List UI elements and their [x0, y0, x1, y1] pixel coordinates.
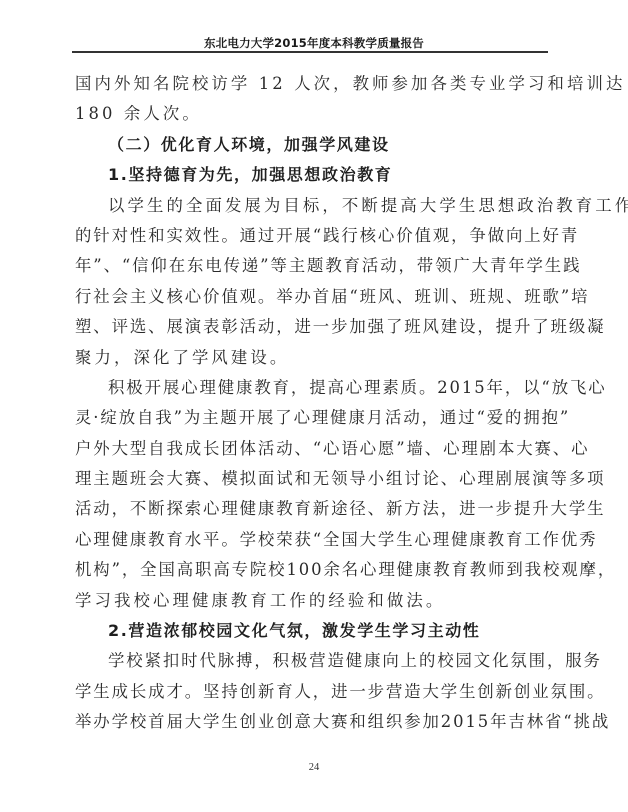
body-line: 户外大型自我成长团体活动、“心语心愿”墙、心理剧本大赛、心 [75, 434, 547, 464]
body-line: 机构”，全国高职高专院校100余名心理健康教育教师到我校观摩， [75, 555, 547, 585]
body-line: 学习我校心理健康教育工作的经验和做法。 [75, 586, 547, 616]
body-line: 年”、“信仰在东电传递”等主题教育活动，带领广大青年学生践 [75, 251, 547, 281]
body-line: 心理健康教育水平。学校荣获“全国大学生心理健康教育工作优秀 [75, 525, 547, 555]
body-line: 的针对性和实效性。通过开展“践行核心价值观，争做向上好青 [75, 221, 547, 251]
section-heading: （二）优化育人环境，加强学风建设 [75, 130, 547, 160]
body-line: 活动，不断探索心理健康教育新途径、新方法，进一步提升大学生 [75, 494, 547, 524]
body-line: 以学生的全面发展为目标，不断提高大学生思想政治教育工作 [75, 191, 547, 221]
body-line: 行社会主义核心价值观。举办首届“班风、班训、班规、班歌”培 [75, 282, 547, 312]
body-line: 国内外知名院校访学 12 人次，教师参加各类专业学习和培训达 [75, 69, 547, 99]
document-body: 国内外知名院校访学 12 人次，教师参加各类专业学习和培训达 180 余人次。 … [75, 69, 547, 738]
body-line: 学校紧扣时代脉搏，积极营造健康向上的校园文化氛围，服务 [75, 646, 547, 676]
subsection-heading: 1.坚持德育为先，加强思想政治教育 [75, 160, 547, 190]
body-line: 聚力，深化了学风建设。 [75, 343, 547, 373]
subsection-heading: 2.营造浓郁校园文化气氛，激发学生学习主动性 [75, 616, 547, 646]
body-line: 理主题班会大赛、模拟面试和无领导小组讨论、心理剧展演等多项 [75, 464, 547, 494]
body-line: 举办学校首届大学生创业创意大赛和组织参加2015年吉林省“挑战 [75, 707, 547, 737]
body-line: 灵·绽放自我”为主题开展了心理健康月活动，通过“爱的拥抱” [75, 403, 547, 433]
body-line: 学生成长成才。坚持创新育人，进一步营造大学生创新创业氛围。 [75, 677, 547, 707]
body-line: 积极开展心理健康教育，提高心理素质。2015年，以“放飞心 [75, 373, 547, 403]
header-divider [72, 51, 548, 53]
running-header-title: 东北电力大学2015年度本科教学质量报告 [0, 35, 628, 51]
page-number: 24 [0, 762, 628, 773]
body-line: 180 余人次。 [75, 99, 547, 129]
body-line: 塑、评选、展演表彰活动，进一步加强了班风建设，提升了班级凝 [75, 312, 547, 342]
